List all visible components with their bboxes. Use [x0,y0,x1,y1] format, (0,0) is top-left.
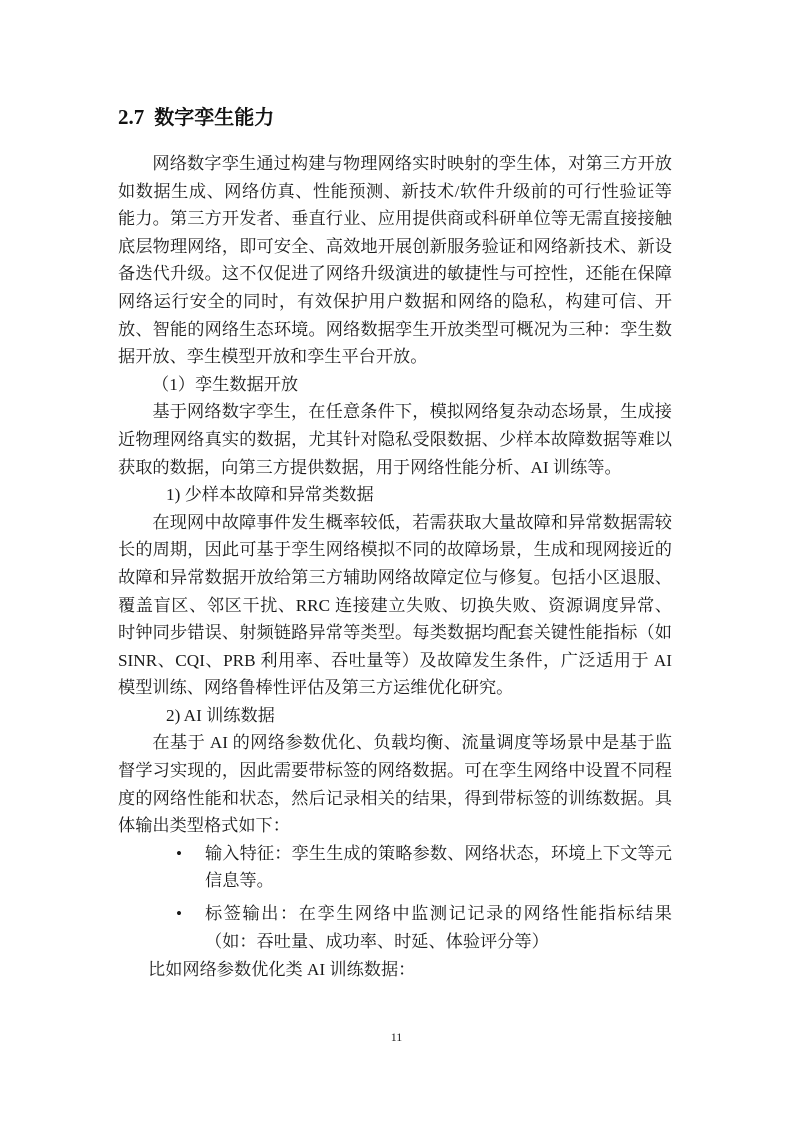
intro-paragraph: 网络数字孪生通过构建与物理网络实时映射的孪生体，对第三方开放如数据生成、网络仿真… [118,150,672,371]
closing-line: 比如网络参数优化类 AI 训练数据： [118,956,672,984]
list-item-input-features: • 输入特征：孪生生成的策略参数、网络状态，环境上下文等元信息等。 [118,840,672,895]
bullet-icon: • [176,900,182,928]
section-number: 2.7 [118,105,144,129]
twin-data-open-paragraph: 基于网络数字孪生，在任意条件下，模拟网络复杂动态场景，生成接近物理网络真实的数据… [118,398,672,481]
page-number: 11 [0,1030,793,1044]
item-heading-fault-data: 1) 少样本故障和异常类数据 [118,481,672,509]
section-title: 数字孪生能力 [154,105,274,129]
list-item-text: 输入特征：孪生生成的策略参数、网络状态，环境上下文等元信息等。 [205,844,672,891]
bullet-icon: • [176,840,182,868]
document-body: 网络数字孪生通过构建与物理网络实时映射的孪生体，对第三方开放如数据生成、网络仿真… [118,150,672,984]
document-page: 2.7数字孪生能力 网络数字孪生通过构建与物理网络实时映射的孪生体，对第三方开放… [0,0,793,1122]
output-types-list: • 输入特征：孪生生成的策略参数、网络状态，环境上下文等元信息等。 • 标签输出… [118,840,672,955]
fault-data-paragraph: 在现网中故障事件发生概率较低，若需获取大量故障和异常数据需较长的周期，因此可基于… [118,509,672,702]
list-item-label-output: • 标签输出：在孪生网络中监测记记录的网络性能指标结果（如：吞吐量、成功率、时延… [118,900,672,955]
section-heading: 2.7数字孪生能力 [118,103,274,131]
subsection-heading-twin-data-open: （1）孪生数据开放 [118,371,672,399]
ai-training-data-paragraph: 在基于 AI 的网络参数优化、负载均衡、流量调度等场景中是基于监督学习实现的，因… [118,729,672,839]
item-heading-ai-training-data: 2) AI 训练数据 [118,702,672,730]
list-item-text: 标签输出：在孪生网络中监测记记录的网络性能指标结果（如：吞吐量、成功率、时延、体… [205,904,672,951]
